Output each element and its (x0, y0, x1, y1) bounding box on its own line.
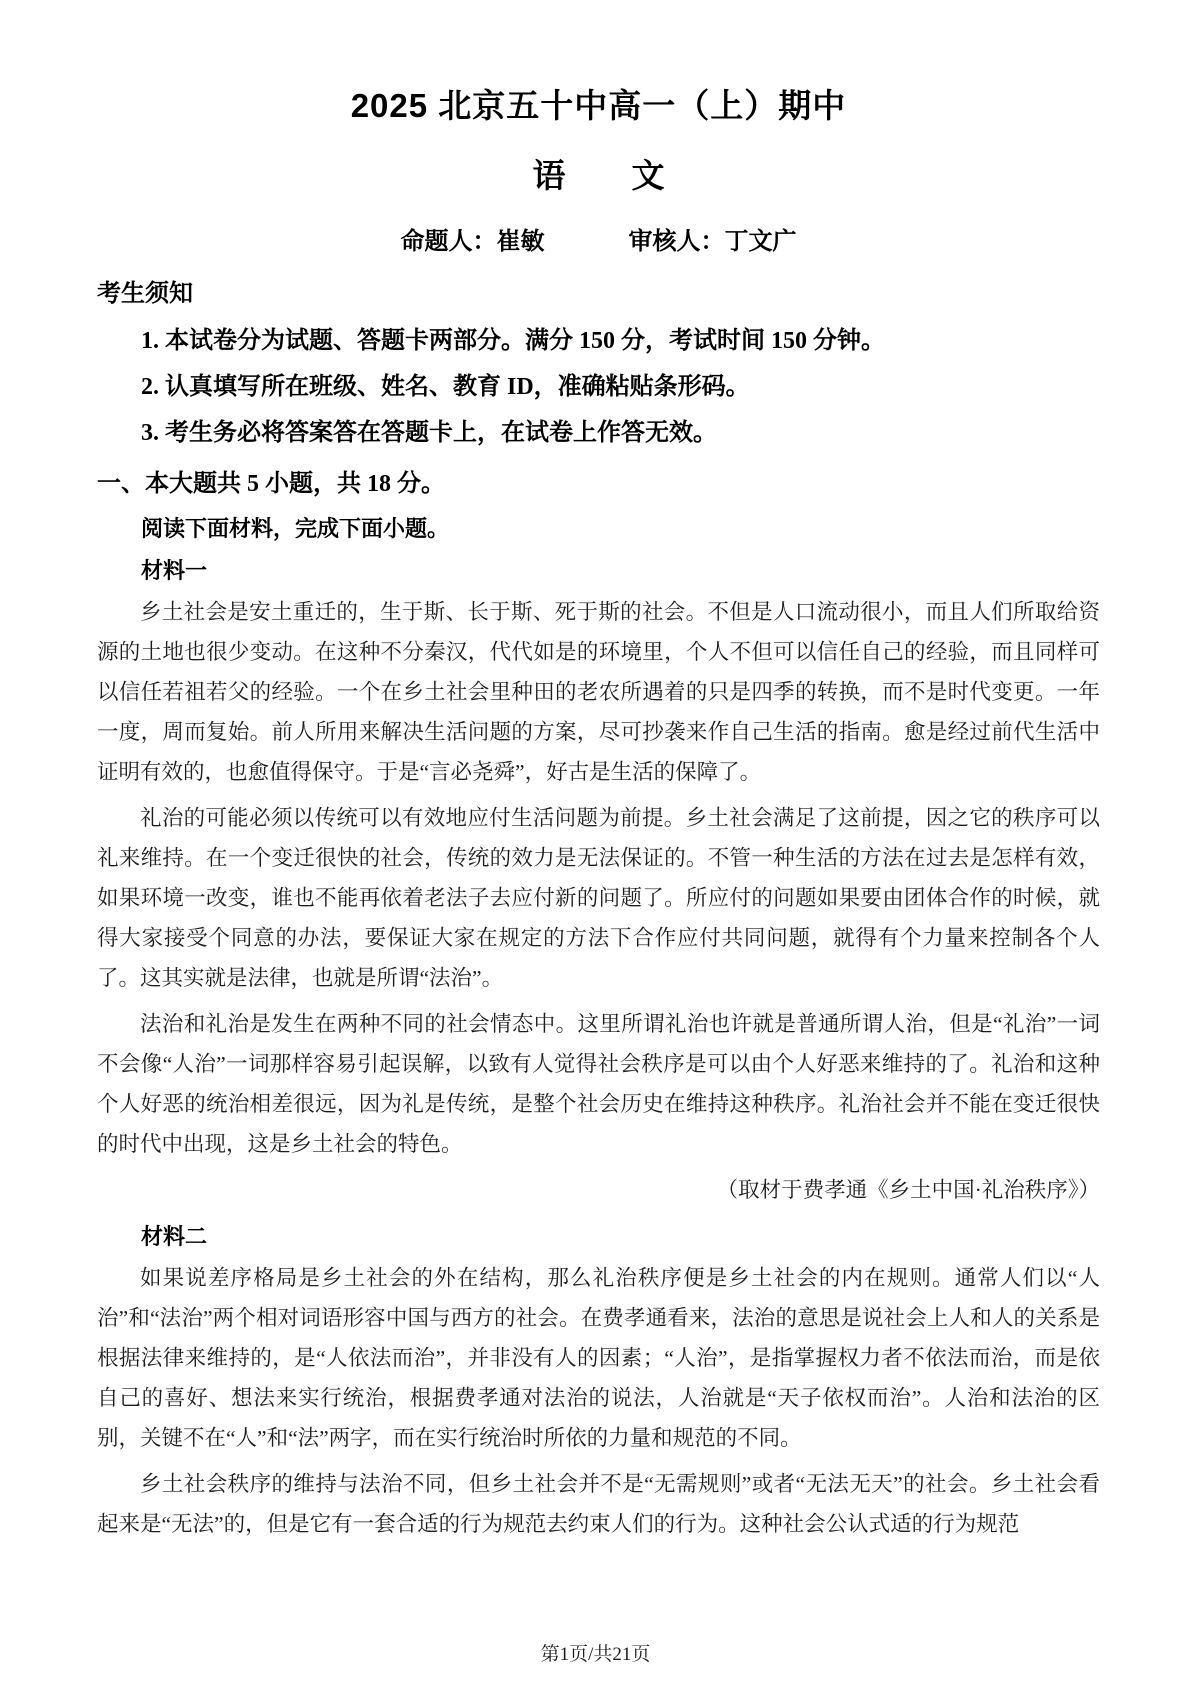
notice-heading: 考生须知 (97, 278, 1100, 310)
material-two-paragraph-2: 乡土社会秩序的维持与法治不同，但乡土社会并不是“无需规则”或者“无法无天”的社会… (97, 1464, 1100, 1544)
exam-authors-row: 命题人：崔敏 审核人：丁文广 (97, 226, 1100, 258)
exam-paper-page: 2025 北京五十中高一（上）期中 语 文 命题人：崔敏 审核人：丁文广 考生须… (0, 0, 1191, 1684)
notice-item-1: 1. 本试卷分为试题、答题卡两部分。满分 150 分，考试时间 150 分钟。 (97, 326, 1100, 356)
notice-list: 1. 本试卷分为试题、答题卡两部分。满分 150 分，考试时间 150 分钟。 … (97, 326, 1100, 448)
material-one-paragraph-1: 乡土社会是安土重迁的，生于斯、长于斯、死于斯的社会。不但是人口流动很小，而且人们… (97, 592, 1100, 792)
notice-item-2: 2. 认真填写所在班级、姓名、教育 ID，准确粘贴条形码。 (97, 372, 1100, 402)
material-two-label: 材料二 (97, 1222, 1100, 1252)
reading-instruction: 阅读下面材料，完成下面小题。 (97, 514, 1100, 544)
material-one-attribution: （取材于费孝通《乡土中国·礼治秩序》） (97, 1170, 1100, 1210)
reviewer-label: 审核人：丁文广 (629, 226, 797, 258)
notice-item-3: 3. 考生务必将答案答在答题卡上，在试卷上作答无效。 (97, 418, 1100, 448)
section-one-heading: 一、本大题共 5 小题，共 18 分。 (97, 468, 1100, 500)
subject-title: 语 文 (97, 154, 1100, 198)
material-one-paragraph-2: 礼治的可能必须以传统可以有效地应付生活问题为前提。乡土社会满足了这前提，因之它的… (97, 798, 1100, 998)
material-one-label: 材料一 (97, 556, 1100, 586)
page-footer: 第1页/共21页 (0, 1639, 1191, 1666)
page-title: 2025 北京五十中高一（上）期中 (97, 84, 1100, 128)
page-content: 2025 北京五十中高一（上）期中 语 文 命题人：崔敏 审核人：丁文广 考生须… (0, 0, 1191, 1544)
material-one-paragraph-3: 法治和礼治是发生在两种不同的社会情态中。这里所谓礼治也许就是普通所谓人治，但是“… (97, 1004, 1100, 1164)
examiner-label: 命题人：崔敏 (401, 226, 545, 258)
material-two-paragraph-1: 如果说差序格局是乡土社会的外在结构，那么礼治秩序便是乡土社会的内在规则。通常人们… (97, 1258, 1100, 1458)
